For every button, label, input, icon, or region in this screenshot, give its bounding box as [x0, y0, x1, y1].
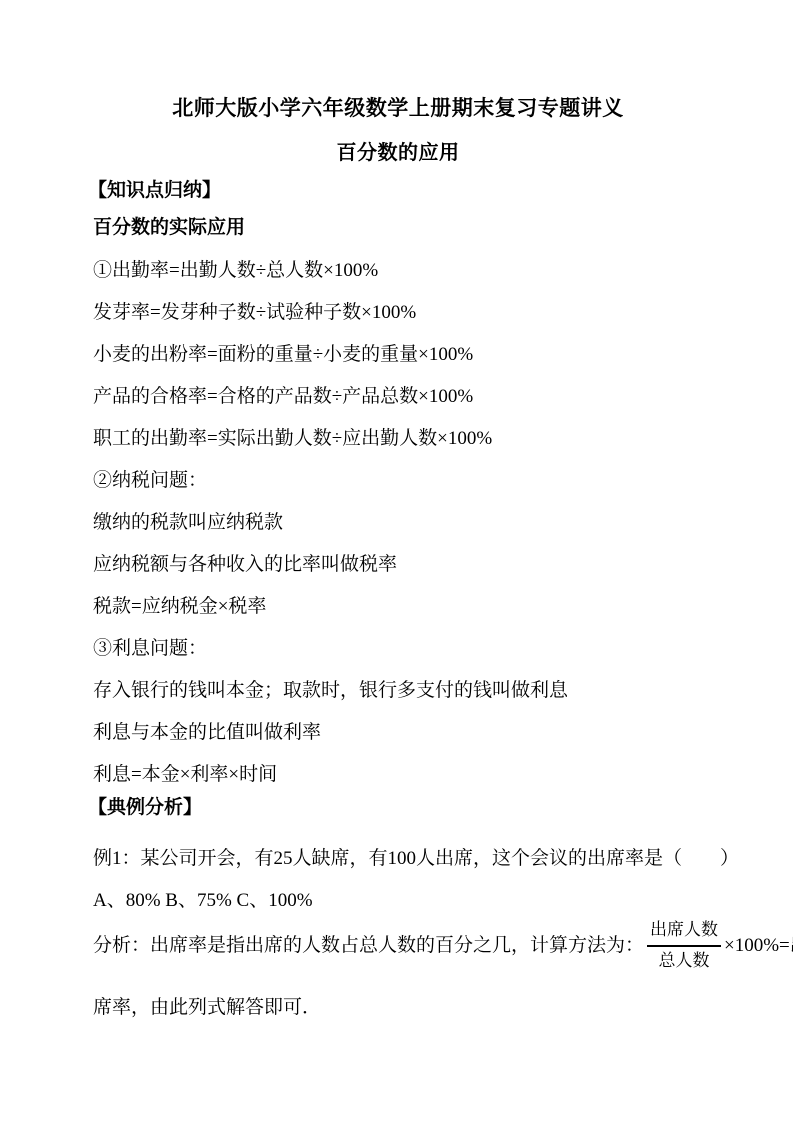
example-question: 例1：某公司开会，有25人缺席，有100人出席，这个会议的出席率是（ ） [93, 849, 703, 869]
knowledge-item: 应纳税额与各种收入的比率叫做税率 [93, 555, 703, 575]
knowledge-item: 存入银行的钱叫本金；取款时，银行多支付的钱叫做利息 [93, 681, 703, 701]
knowledge-item: ②纳税问题： [93, 471, 703, 491]
document-content: 北师大版小学六年级数学上册期末复习专题讲义 百分数的应用 【知识点归纳】 百分数… [0, 0, 793, 1018]
analysis-continued: 席率，由此列式解答即可． [93, 998, 703, 1018]
analysis-text-prefix: 分析：出席率是指出席的人数占总人数的百分之几，计算方法为： [93, 936, 644, 956]
doc-subtitle: 百分数的应用 [93, 142, 703, 164]
fraction-denominator: 总人数 [656, 947, 713, 975]
knowledge-item: 产品的合格率=合格的产品数÷产品总数×100% [93, 387, 703, 407]
knowledge-item: 缴纳的税款叫应纳税款 [93, 513, 703, 533]
knowledge-item: 利息与本金的比值叫做利率 [93, 723, 703, 743]
knowledge-item: ①出勤率=出勤人数÷总人数×100% [93, 261, 703, 281]
knowledge-item: ③利息问题： [93, 639, 703, 659]
section-heading-example: 【典例分析】 [88, 797, 703, 818]
example-analysis: 分析：出席率是指出席的人数占总人数的百分之几，计算方法为： 出席人数 总人数 ×… [93, 917, 703, 975]
knowledge-item: 发芽率=发芽种子数÷试验种子数×100% [93, 303, 703, 323]
analysis-text-suffix: ×100%=出 [724, 936, 793, 956]
knowledge-item: 职工的出勤率=实际出勤人数÷应出勤人数×100% [93, 429, 703, 449]
fraction-numerator: 出席人数 [647, 917, 721, 947]
knowledge-item: 税款=应纳税金×税率 [93, 597, 703, 617]
knowledge-subheading: 百分数的实际应用 [93, 217, 703, 238]
knowledge-item: 利息=本金×利率×时间 [93, 765, 703, 785]
example-options: A、80% B、75% C、100% [93, 891, 703, 911]
doc-title: 北师大版小学六年级数学上册期末复习专题讲义 [93, 97, 703, 121]
document-page: 北师大版小学六年级数学上册期末复习专题讲义 百分数的应用 【知识点归纳】 百分数… [0, 0, 793, 1122]
section-heading-knowledge: 【知识点归纳】 [88, 180, 703, 201]
knowledge-item: 小麦的出粉率=面粉的重量÷小麦的重量×100% [93, 345, 703, 365]
fraction: 出席人数 总人数 [647, 917, 721, 975]
